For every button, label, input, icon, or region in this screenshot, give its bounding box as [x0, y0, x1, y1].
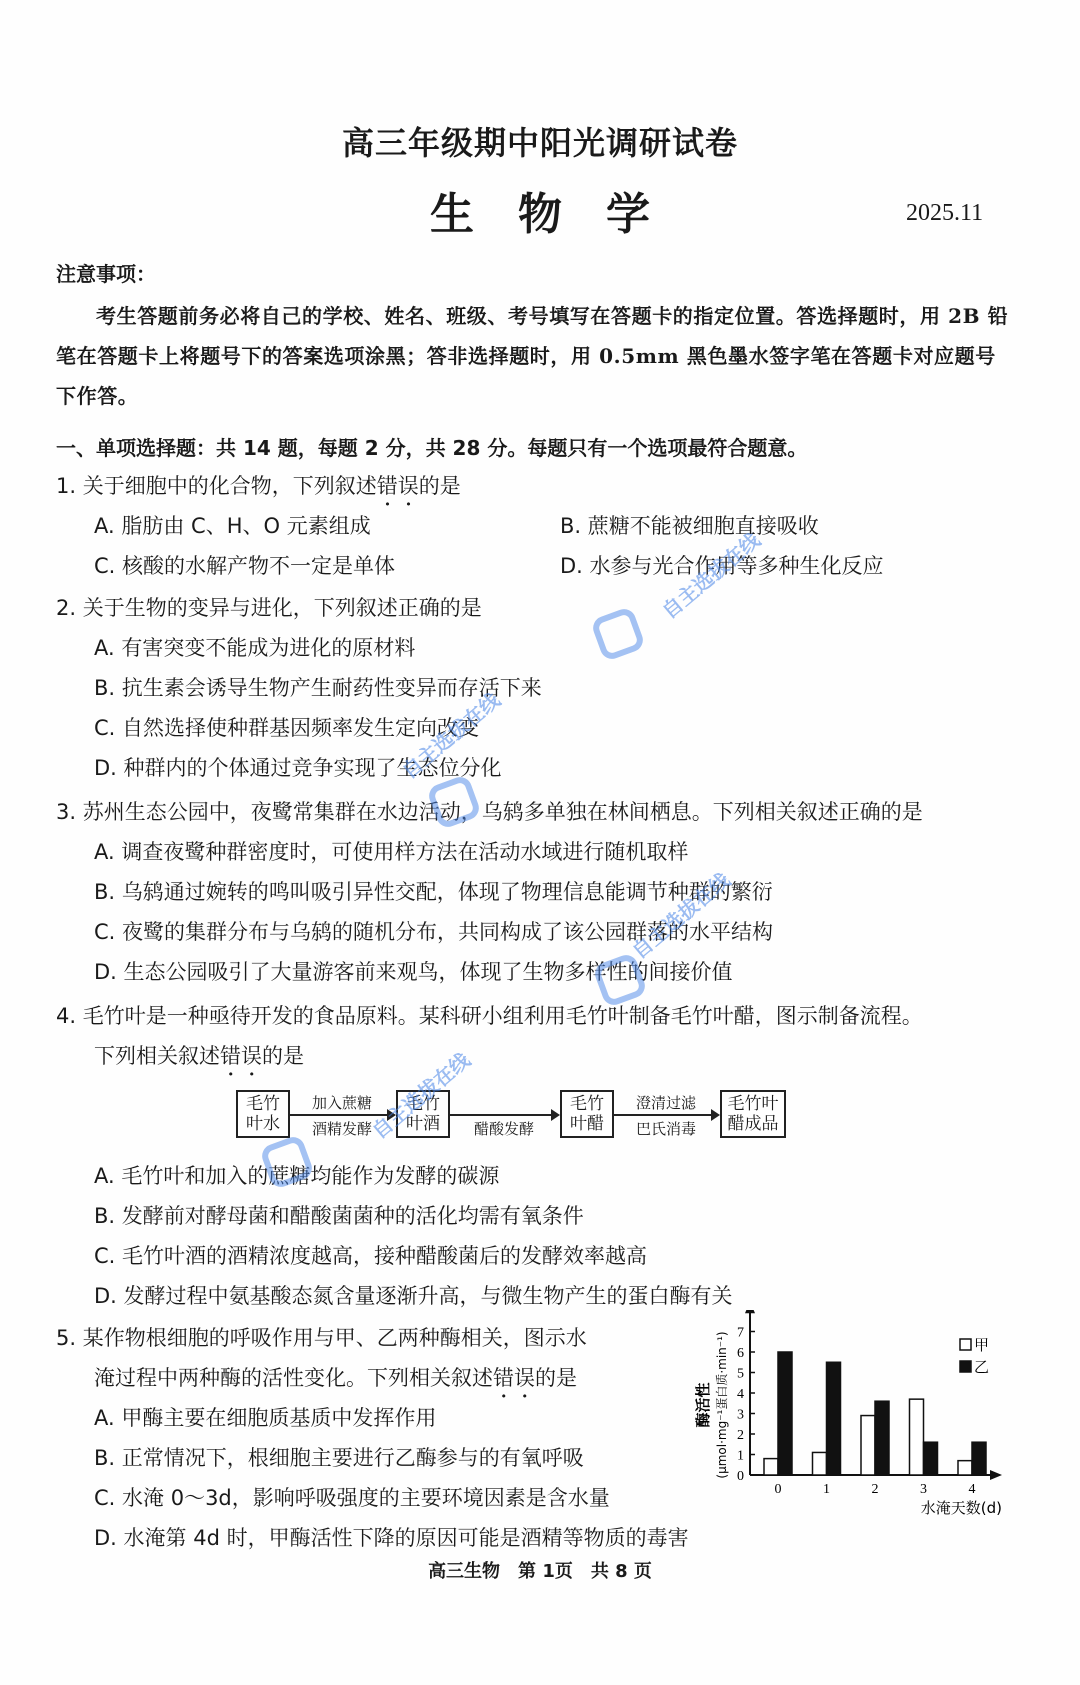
stem-text: 关于细胞中的化合物，下列叙述	[83, 474, 377, 498]
notice-heading: 注意事项：	[56, 258, 156, 287]
y-tick-label: 0	[737, 1469, 744, 1484]
question-2-stem: 2. 关于生物的变异与进化，下列叙述正确的是	[56, 592, 482, 622]
flow-arrow-icon	[614, 1114, 718, 1116]
enzyme-activity-bar-chart: 01234567酶活性(μmol·mg⁻¹蛋白质·min⁻¹)01234水淹天数…	[690, 1310, 1020, 1520]
question-5-option-d[interactable]: D. 水淹第 4d 时，甲酶活性下降的原因可能是酒精等物质的毒害	[94, 1522, 689, 1552]
y-tick-label: 3	[737, 1408, 744, 1423]
legend-label: 甲	[974, 1336, 989, 1354]
question-1-option-c[interactable]: C. 核酸的水解产物不一定是单体	[94, 550, 395, 580]
stem-emphasis: 错误	[220, 1044, 262, 1068]
question-2-option-a[interactable]: A. 有害突变不能成为进化的原材料	[94, 632, 415, 662]
legend-swatch	[960, 1361, 971, 1372]
question-5-option-b[interactable]: B. 正常情况下，根细胞主要进行乙酶参与的有氧呼吸	[94, 1442, 584, 1472]
question-number: 1.	[56, 474, 76, 498]
notice-body: 考生答题前务必将自己的学校、姓名、班级、考号填写在答题卡的指定位置。答选择题时，…	[56, 296, 1016, 416]
question-2-option-c[interactable]: C. 自然选择使种群基因频率发生定向改变	[94, 712, 479, 742]
question-5-stem: 5. 某作物根细胞的呼吸作用与甲、乙两种酶相关，图示水	[56, 1322, 587, 1352]
y-tick-label: 1	[737, 1449, 744, 1464]
bar-甲-2	[861, 1416, 875, 1475]
page-footer: 高三生物 第 1页 共 8 页	[0, 1557, 1080, 1583]
y-tick-label: 4	[737, 1387, 744, 1402]
x-tick-label: 1	[823, 1482, 830, 1497]
question-4-stem: 4. 毛竹叶是一种亟待开发的食品原料。某科研小组利用毛竹叶制备毛竹叶醋，图示制备…	[56, 1000, 923, 1030]
question-3-stem: 3. 苏州生态公园中，夜鹭常集群在水边活动，乌鸫多单独在林间栖息。下列相关叙述正…	[56, 796, 923, 826]
y-axis-unit: (μmol·mg⁻¹蛋白质·min⁻¹)	[714, 1331, 729, 1478]
x-tick-label: 0	[775, 1482, 782, 1497]
y-axis-label: 酶活性	[694, 1382, 712, 1427]
y-axis-arrow-icon	[745, 1310, 755, 1313]
flow-box-bamboo-leaf-vinegar: 毛竹叶醋	[560, 1090, 614, 1138]
bar-甲-1	[813, 1452, 827, 1475]
x-axis-arrow-icon	[990, 1470, 1002, 1480]
question-5-stem-line2: 淹过程中两种酶的活性变化。下列相关叙述错误的是	[94, 1362, 577, 1403]
question-3-option-a[interactable]: A. 调查夜鹭种群密度时，可使用样方法在活动水域进行随机取样	[94, 836, 688, 866]
question-1-stem: 1. 关于细胞中的化合物，下列叙述错误的是	[56, 470, 461, 511]
bar-乙-2	[875, 1401, 889, 1475]
question-1-option-a[interactable]: A. 脂肪由 C、H、O 元素组成	[94, 510, 371, 540]
flow-box-vinegar-product: 毛竹叶醋成品	[720, 1090, 786, 1138]
bar-乙-3	[924, 1442, 938, 1475]
x-tick-label: 4	[969, 1482, 976, 1497]
y-tick-label: 2	[737, 1428, 744, 1443]
x-axis-label: 水淹天数(d)	[921, 1499, 1002, 1517]
bar-chart-svg: 01234567酶活性(μmol·mg⁻¹蛋白质·min⁻¹)01234水淹天数…	[690, 1310, 1020, 1520]
legend-label: 乙	[974, 1358, 989, 1376]
x-tick-label: 3	[920, 1482, 927, 1497]
bar-乙-0	[778, 1352, 792, 1475]
bar-甲-3	[910, 1399, 924, 1475]
flow-arrow-icon	[450, 1114, 558, 1116]
y-tick-label: 6	[737, 1346, 744, 1361]
bar-甲-4	[958, 1461, 972, 1475]
question-5-option-a[interactable]: A. 甲酶主要在细胞质基质中发挥作用	[94, 1402, 436, 1432]
y-tick-label: 7	[737, 1326, 744, 1341]
question-4-stem-line2: 下列相关叙述错误的是	[94, 1040, 304, 1081]
question-4-option-b[interactable]: B. 发酵前对酵母菌和醋酸菌菌种的活化均需有氧条件	[94, 1200, 584, 1230]
exam-title: 高三年级期中阳光调研试卷	[0, 118, 1080, 164]
question-1-option-b[interactable]: B. 蔗糖不能被细胞直接吸收	[560, 510, 819, 540]
bar-乙-4	[972, 1442, 986, 1475]
section-heading: 一、单项选择题：共 14 题，每题 2 分，共 28 分。每题只有一个选项最符合…	[56, 432, 807, 461]
legend-swatch	[960, 1339, 971, 1350]
question-4-option-c[interactable]: C. 毛竹叶酒的酒精浓度越高，接种醋酸菌后的发酵效率越高	[94, 1240, 647, 1270]
watermark-logo-icon	[590, 606, 646, 662]
flow-box-bamboo-leaf-water: 毛竹叶水	[236, 1090, 290, 1138]
stem-emphasis: 错误	[377, 474, 419, 498]
y-tick-label: 5	[737, 1367, 744, 1382]
bar-乙-1	[827, 1362, 841, 1475]
question-4-option-d[interactable]: D. 发酵过程中氨基酸态氮含量逐渐升高，与微生物产生的蛋白酶有关	[94, 1280, 733, 1310]
bar-甲-0	[764, 1459, 778, 1475]
stem-emphasis: 错误	[493, 1366, 535, 1390]
stem-text: 的是	[419, 474, 461, 498]
exam-date: 2025.11	[906, 200, 983, 227]
x-tick-label: 2	[872, 1482, 879, 1497]
question-5-option-c[interactable]: C. 水淹 0～3d，影响呼吸强度的主要环境因素是含水量	[94, 1482, 610, 1512]
